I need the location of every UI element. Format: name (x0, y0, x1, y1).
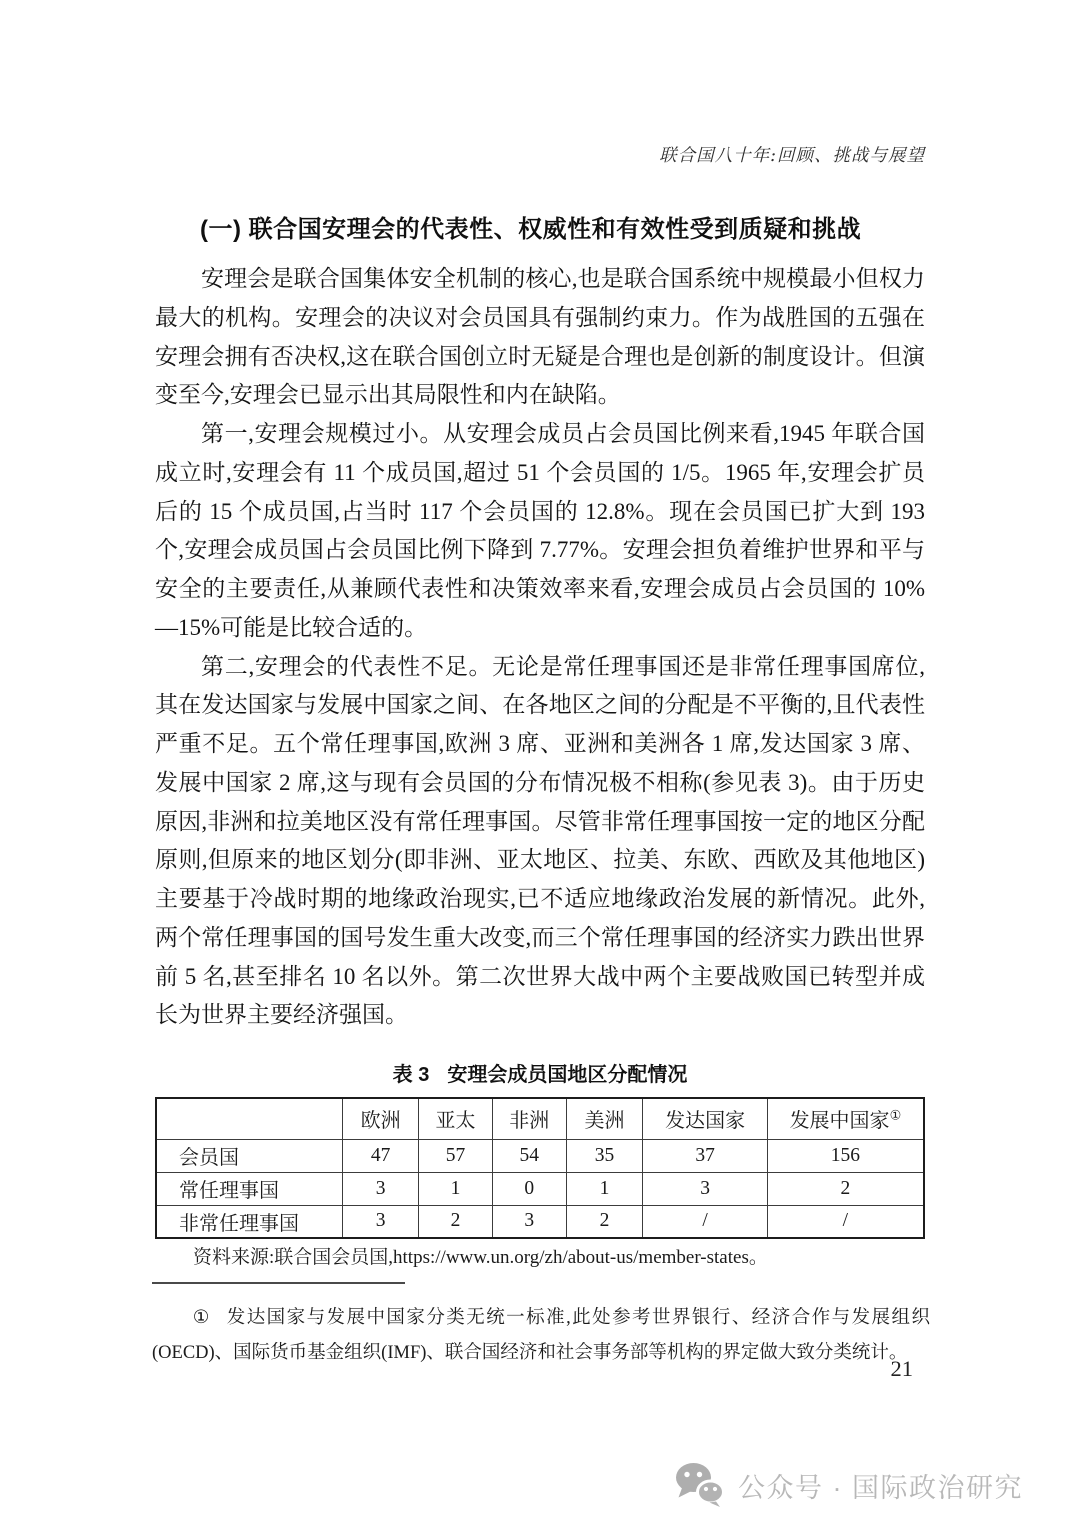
table-row-nonpermanent-members: 非常任理事国 3 2 3 2 / / (156, 1205, 924, 1238)
footnote-separator (152, 1282, 405, 1284)
security-council-region-table: 欧洲 亚太 非洲 美洲 发达国家 发展中国家① 会员国 47 57 54 35 … (155, 1097, 925, 1239)
document-page: 联合国八十年:回顾、挑战与展望 (一) 联合国安理会的代表性、权威性和有效性受到… (0, 0, 1080, 1527)
section-heading: (一) 联合国安理会的代表性、权威性和有效性受到质疑和挑战 (200, 209, 861, 244)
footnote-text: 发达国家与发展中国家分类无统一标准,此处参考世界银行、经济合作与发展组织(OEC… (152, 1308, 930, 1363)
table-title-text: 安理会成员国地区分配情况 (447, 1064, 687, 1086)
column-header-europe: 欧洲 (343, 1098, 419, 1139)
row-label: 常任理事国 (156, 1172, 343, 1205)
table-cell: 54 (492, 1139, 566, 1172)
table-cell: 57 (419, 1139, 493, 1172)
table-title: 表 3安理会成员国地区分配情况 (155, 1058, 925, 1087)
table-cell: 156 (767, 1139, 924, 1172)
footnote: ①发达国家与发展中国家分类无统一标准,此处参考世界银行、经济合作与发展组织(OE… (152, 1301, 930, 1370)
watermark: 公众号 · 国际政治研究 (675, 1462, 1023, 1508)
table-header-row: 欧洲 亚太 非洲 美洲 发达国家 发展中国家① (156, 1098, 924, 1139)
table-cell: 47 (343, 1139, 419, 1172)
table-cell: 2 (566, 1205, 643, 1238)
column-header-asia-pacific: 亚太 (419, 1098, 493, 1139)
column-header-developing: 发展中国家① (767, 1098, 924, 1139)
column-header-americas: 美洲 (566, 1098, 643, 1139)
footnote-mark: ① (193, 1308, 211, 1328)
corner-cell (156, 1098, 343, 1139)
table-cell: 1 (419, 1172, 493, 1205)
table-row-member-states: 会员国 47 57 54 35 37 156 (156, 1139, 924, 1172)
column-header-developed: 发达国家 (643, 1098, 767, 1139)
table-cell: 2 (419, 1205, 493, 1238)
paragraph-first-point: 第一,安理会规模过小。从安理会成员占会员国比例来看,1945 年联合国成立时,安… (155, 415, 925, 648)
table-cell: 3 (643, 1172, 767, 1205)
body-text: 安理会是联合国集体安全机制的核心,也是联合国系统中规模最小但权力最大的机构。安理… (155, 260, 925, 1035)
footnote-ref-mark: ① (890, 1108, 902, 1123)
table-cell: 0 (492, 1172, 566, 1205)
row-label: 非常任理事国 (156, 1205, 343, 1238)
table-cell: / (643, 1205, 767, 1238)
running-head: 联合国八十年:回顾、挑战与展望 (659, 142, 925, 167)
column-header-developing-label: 发展中国家 (790, 1110, 890, 1132)
paragraph-intro: 安理会是联合国集体安全机制的核心,也是联合国系统中规模最小但权力最大的机构。安理… (155, 260, 925, 415)
row-label: 会员国 (156, 1139, 343, 1172)
table-cell: 35 (566, 1139, 643, 1172)
table-cell: 3 (492, 1205, 566, 1238)
table-row-permanent-members: 常任理事国 3 1 0 1 3 2 (156, 1172, 924, 1205)
table-cell: 3 (343, 1205, 419, 1238)
table-number-label: 表 3 (393, 1064, 430, 1086)
table-cell: 37 (643, 1139, 767, 1172)
wechat-icon (675, 1462, 725, 1508)
table-cell: 3 (343, 1172, 419, 1205)
column-header-africa: 非洲 (492, 1098, 566, 1139)
source-note: 资料来源:联合国会员国,https://www.un.org/zh/about-… (155, 1242, 925, 1269)
table-cell: 1 (566, 1172, 643, 1205)
table-cell: 2 (767, 1172, 924, 1205)
watermark-text: 公众号 · 国际政治研究 (738, 1466, 1023, 1505)
page-number: 21 (891, 1356, 914, 1382)
table-cell: / (767, 1205, 924, 1238)
paragraph-second-point: 第二,安理会的代表性不足。无论是常任理事国还是非常任理事国席位,其在发达国家与发… (155, 648, 925, 1036)
